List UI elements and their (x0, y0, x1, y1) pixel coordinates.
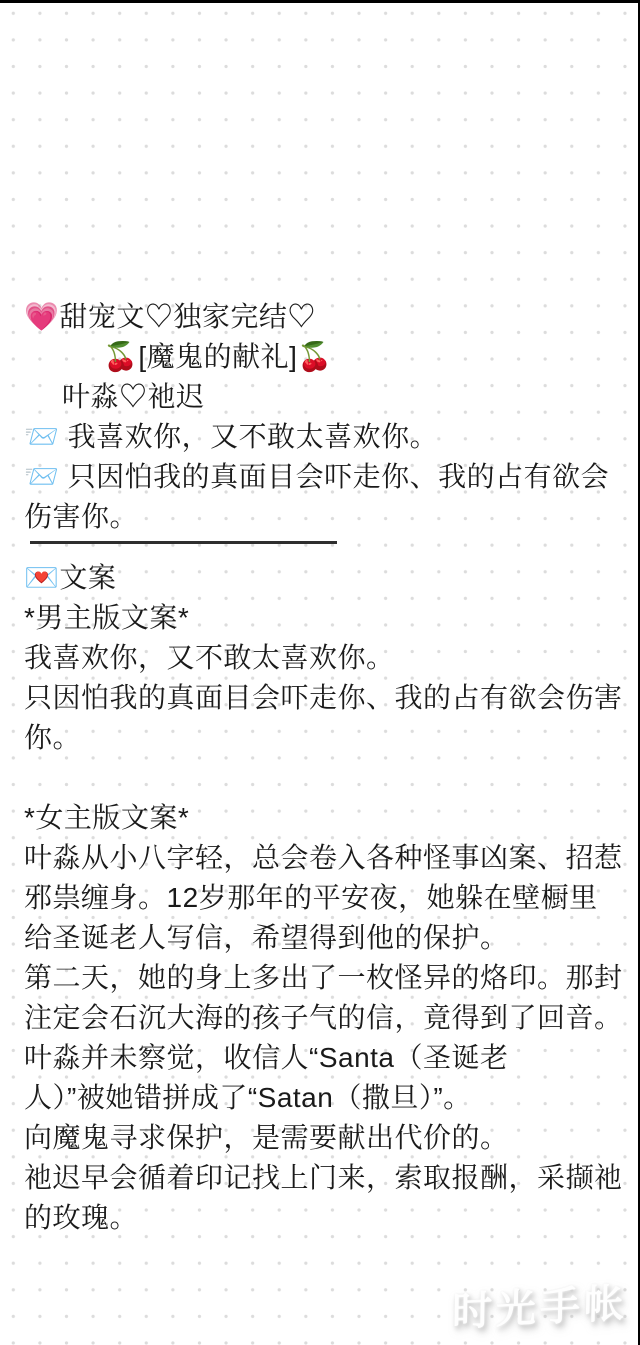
frame-edge-top (0, 0, 640, 3)
text-line: 💗甜宠文♡独家完结♡ (24, 297, 618, 337)
text-line: 注定会石沉大海的孩子气的信，竟得到了回音。 (24, 998, 618, 1038)
note-content: 💗甜宠文♡独家完结♡🍒[魔鬼的献礼]🍒叶淼♡祂迟📨 我喜欢你，又不敢太喜欢你。📨… (24, 297, 618, 1238)
text-line: 给圣诞老人写信，希望得到他的保护。 (24, 918, 618, 958)
text-line: 📨 只因怕我的真面目会吓走你、我的占有欲会 (24, 457, 618, 497)
text-line: 📨 我喜欢你，又不敢太喜欢你。 (24, 417, 618, 457)
text-line: *男主版文案* (24, 598, 618, 638)
text-line: 叶淼并未察觉，收信人“Santa（圣诞老 (24, 1038, 618, 1078)
text-line: 叶淼♡祂迟 (24, 377, 618, 417)
text-line: 你。 (24, 718, 618, 758)
text-line: *女主版文案* (24, 798, 618, 838)
app-watermark: 时光手帐 (452, 1271, 629, 1337)
text-line: 邪祟缠身。12岁那年的平安夜，她躲在壁橱里 (24, 878, 618, 918)
divider-line (30, 541, 337, 544)
text-line: 第二天，她的身上多出了一枚怪异的烙印。那封 (24, 958, 618, 998)
text-line: 祂迟早会循着印记找上门来，索取报酬，采撷祂 (24, 1158, 618, 1198)
blank-line (24, 758, 618, 798)
text-line: 我喜欢你，又不敢太喜欢你。 (24, 638, 618, 678)
note-page: 💗甜宠文♡独家完结♡🍒[魔鬼的献礼]🍒叶淼♡祂迟📨 我喜欢你，又不敢太喜欢你。📨… (0, 0, 640, 1345)
text-line: 叶淼从小八字轻，总会卷入各种怪事凶案、招惹 (24, 838, 618, 878)
text-line: 🍒[魔鬼的献礼]🍒 (24, 337, 618, 377)
section-divider (24, 537, 618, 558)
text-line: 伤害你。 (24, 497, 618, 537)
text-line: 人）”被她错拼成了“Satan（撒旦）”。 (24, 1078, 618, 1118)
text-line: 只因怕我的真面目会吓走你、我的占有欲会伤害 (24, 678, 618, 718)
text-line: 的玫瑰。 (24, 1198, 618, 1238)
text-line: 向魔鬼寻求保护，是需要献出代价的。 (24, 1118, 618, 1158)
text-line: 💌文案 (24, 558, 618, 598)
